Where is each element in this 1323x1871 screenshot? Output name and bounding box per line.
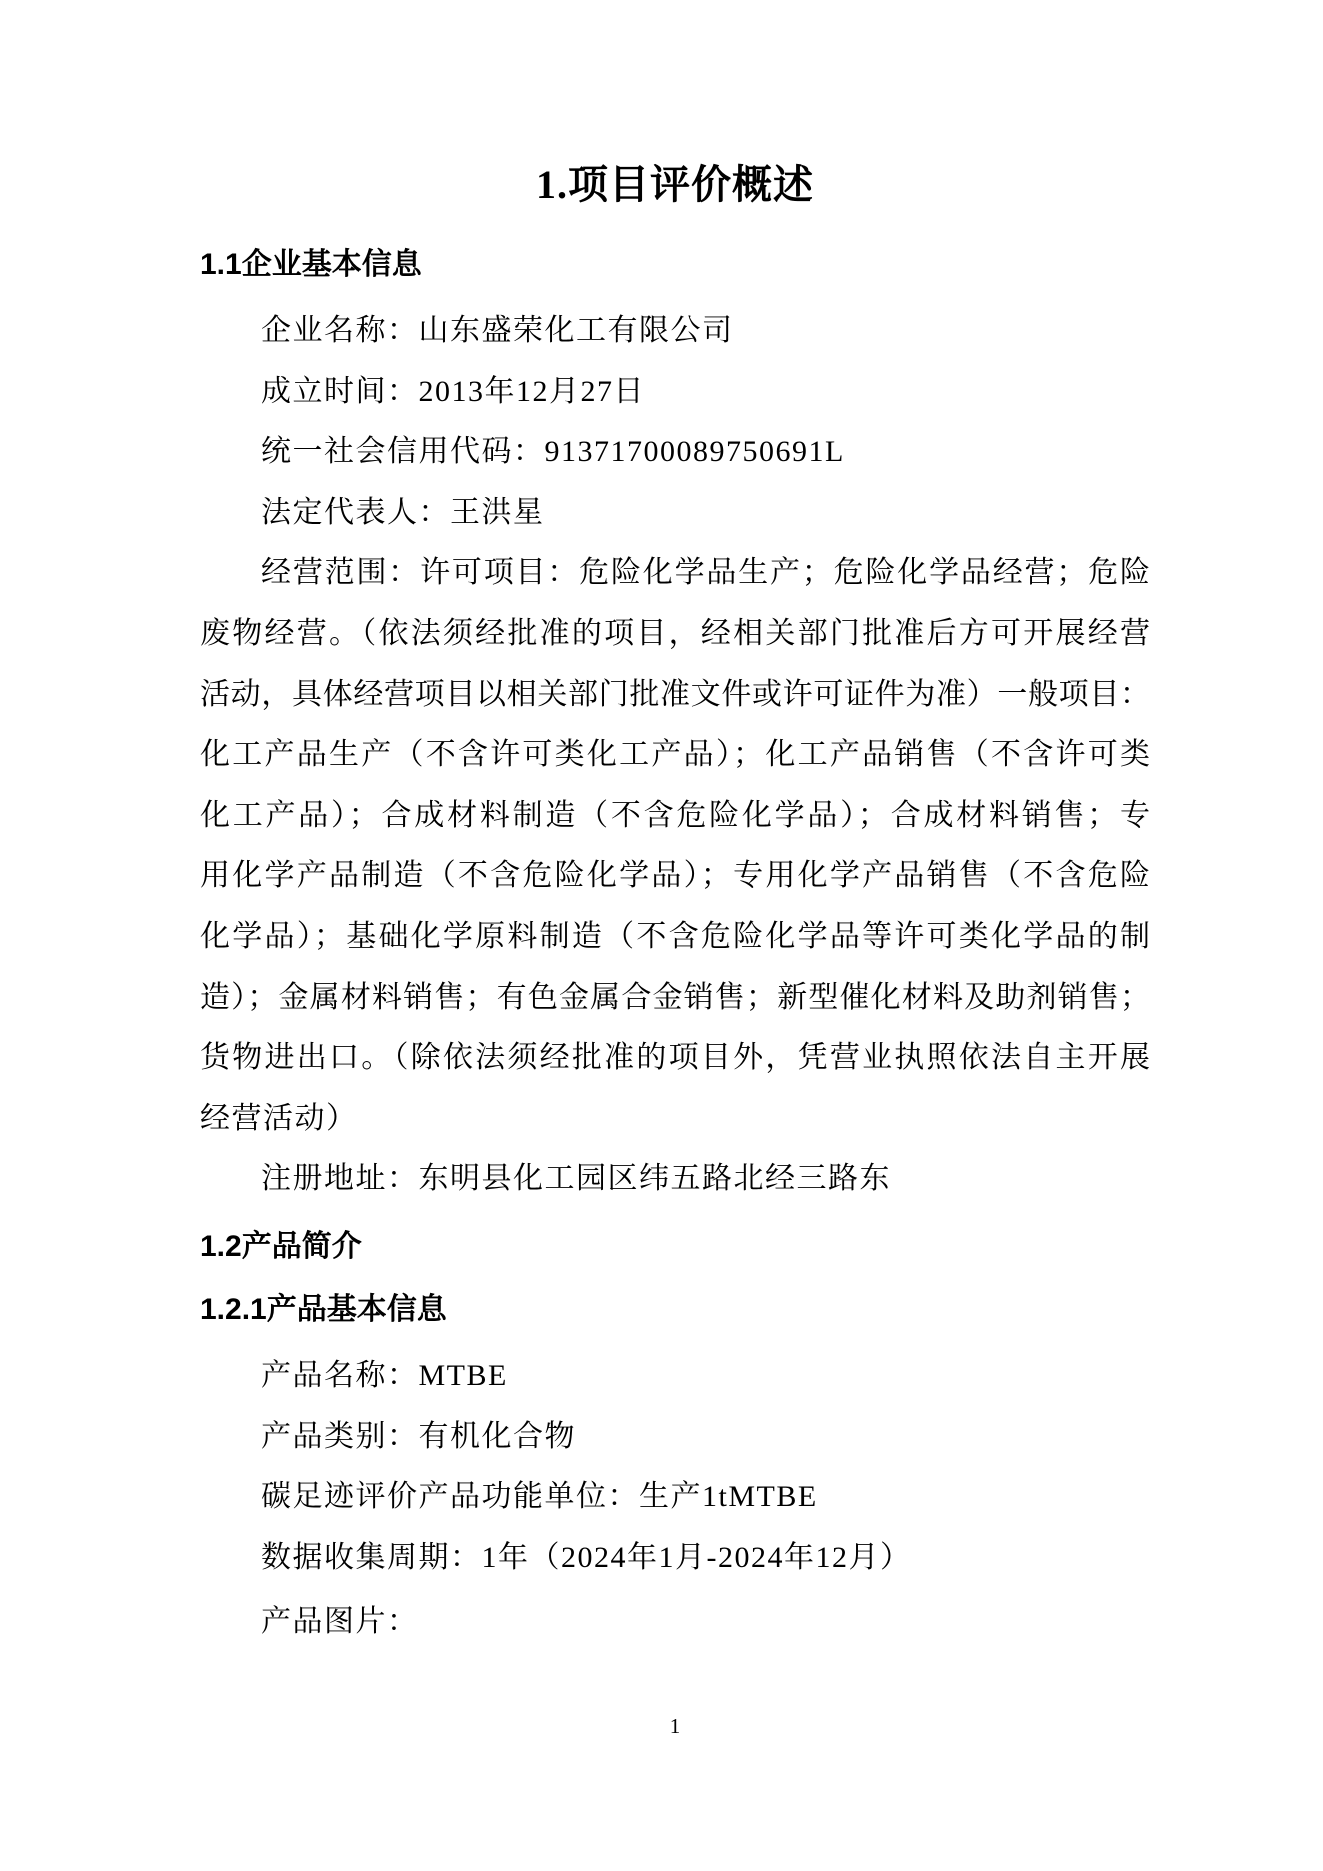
business-scope-line: 用化学产品制造（不含危险化学品）；专用化学产品销售（不含危险: [200, 846, 1150, 907]
page-footer: 1: [200, 1712, 1150, 1740]
page-number: 1: [670, 1714, 681, 1738]
product-name-line: 产品名称：MTBE: [200, 1346, 1150, 1407]
section-heading-1-2-1: 1.2.1产品基本信息: [200, 1280, 1150, 1340]
business-scope-line: 活动，具体经营项目以相关部门批准文件或许可证件为准）一般项目：: [200, 665, 1150, 726]
functional-unit-line: 碳足迹评价产品功能单位：生产1tMTBE: [200, 1467, 1150, 1528]
product-category-line: 产品类别：有机化合物: [200, 1407, 1150, 1468]
document-title: 1.项目评价概述: [200, 155, 1150, 215]
credit-code-line: 统一社会信用代码：91371700089750691L: [200, 422, 1150, 483]
business-scope-line: 经营范围：许可项目：危险化学品生产；危险化学品经营；危险: [200, 543, 1150, 604]
business-scope-line: 化学品）；基础化学原料制造（不含危险化学品等许可类化学品的制: [200, 907, 1150, 968]
business-scope-line: 化工产品生产（不含许可类化工产品）；化工产品销售（不含许可类: [200, 725, 1150, 786]
registered-address-line: 注册地址：东明县化工园区纬五路北经三路东: [200, 1149, 1150, 1210]
legal-representative-line: 法定代表人：王洪星: [200, 483, 1150, 544]
section-heading-1-2: 1.2产品简介: [200, 1217, 1150, 1277]
business-scope-line: 化工产品）；合成材料制造（不含危险化学品）；合成材料销售；专: [200, 786, 1150, 847]
document-content: 1.项目评价概述1.1企业基本信息企业名称：山东盛荣化工有限公司成立时间：201…: [200, 0, 1150, 1653]
establish-date-line: 成立时间：2013年12月27日: [200, 362, 1150, 423]
data-collection-period-line: 数据收集周期：1年（2024年1月-2024年12月）: [200, 1528, 1150, 1589]
business-scope-line: 经营活动）: [200, 1089, 1150, 1150]
company-name-line: 企业名称：山东盛荣化工有限公司: [200, 301, 1150, 362]
business-scope-line: 造）；金属材料销售；有色金属合金销售；新型催化材料及助剂销售；: [200, 968, 1150, 1029]
business-scope-line: 货物进出口。（除依法须经批准的项目外，凭营业执照依法自主开展: [200, 1028, 1150, 1089]
document-page: 1.项目评价概述1.1企业基本信息企业名称：山东盛荣化工有限公司成立时间：201…: [0, 0, 1323, 1871]
business-scope-line: 废物经营。（依法须经批准的项目，经相关部门批准后方可开展经营: [200, 604, 1150, 665]
product-image-label-line: 产品图片：: [200, 1592, 1150, 1653]
section-heading-1-1: 1.1企业基本信息: [200, 235, 1150, 295]
